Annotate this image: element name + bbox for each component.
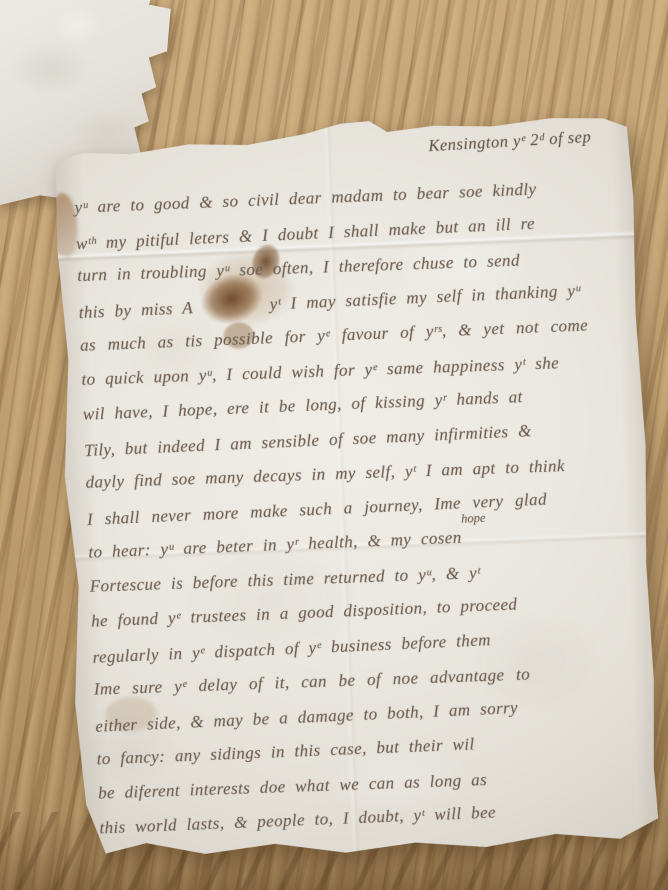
letter-paper: Kensington yᵉ 2ᵈ of sep yᵘ are to good &… <box>48 111 662 864</box>
photo-scene: Kensington yᵉ 2ᵈ of sep yᵘ are to good &… <box>0 0 668 890</box>
letter-body: yᵘ are to good & so civil dear madam to … <box>74 169 651 846</box>
interlinear-word-hope: hope <box>461 511 486 527</box>
letter-paper-wrap: Kensington yᵉ 2ᵈ of sep yᵘ are to good &… <box>48 111 662 864</box>
